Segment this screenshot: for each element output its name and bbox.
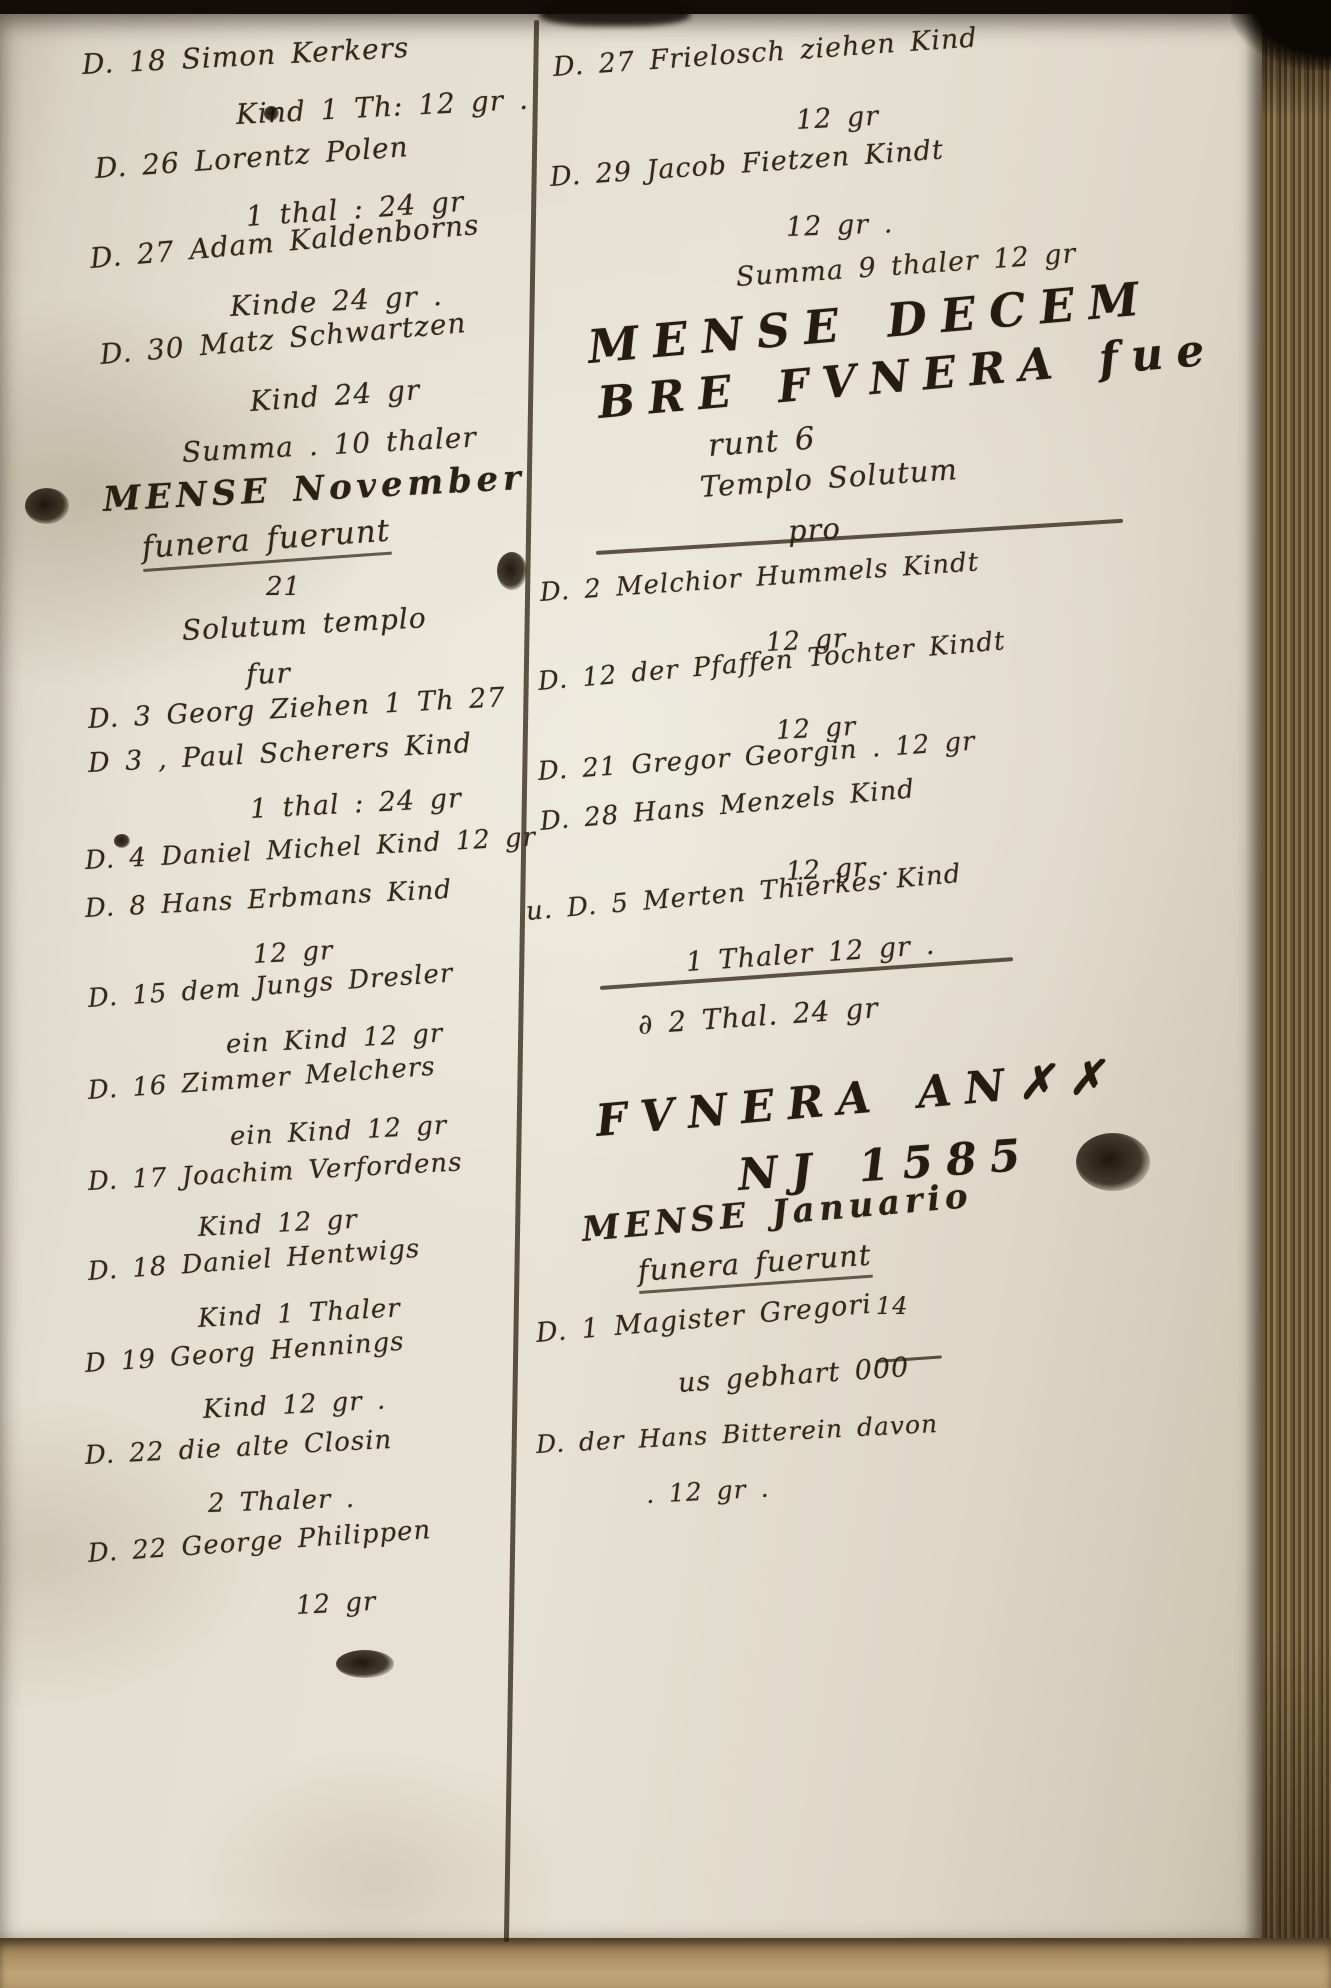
ink-stain bbox=[264, 106, 279, 121]
ink-stain bbox=[114, 834, 130, 848]
ink-stain bbox=[1076, 1133, 1150, 1191]
ink-stain bbox=[25, 488, 69, 524]
ink-stain bbox=[336, 1650, 394, 1678]
photographed-book-page: D. 18 Simon KerkersKind 1 Th: 12 gr .D. … bbox=[0, 0, 1331, 1988]
ink-blots-layer bbox=[0, 0, 1331, 1988]
ink-stain bbox=[497, 552, 527, 590]
